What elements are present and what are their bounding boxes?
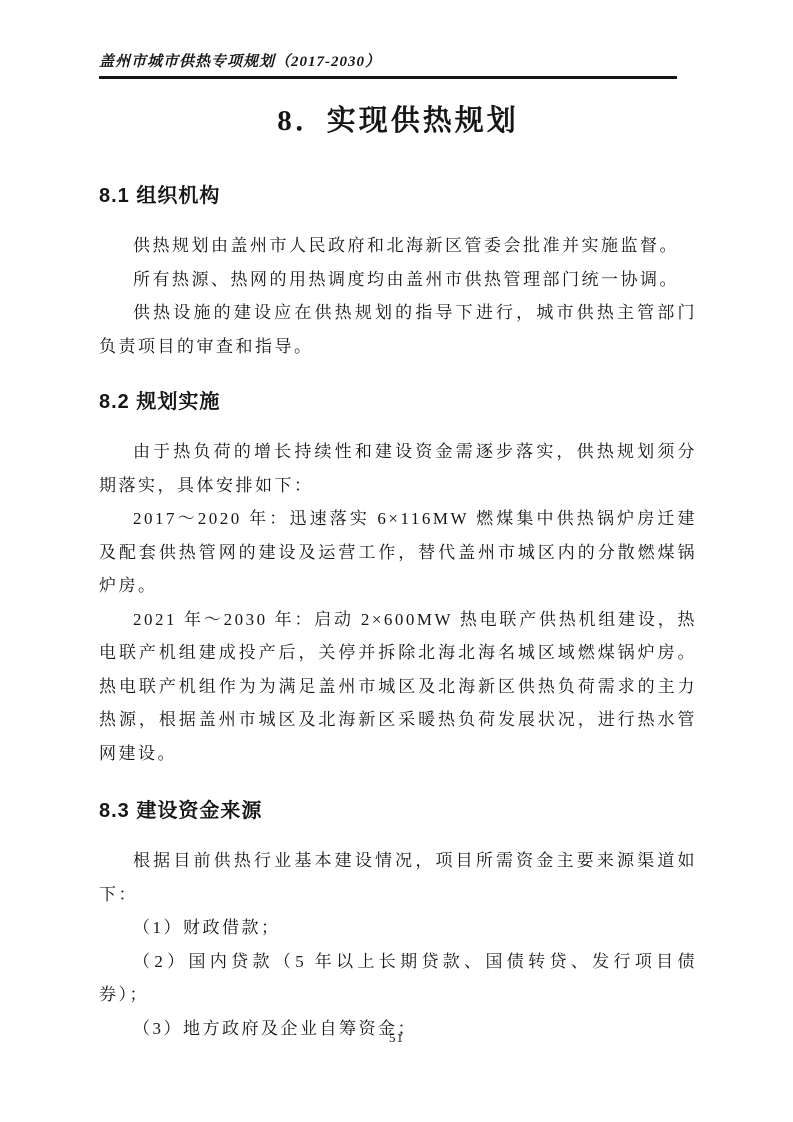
document-page: 盖州市城市供热专项规划（2017-2030） 8．实现供热规划 8.1 组织机构… [0,0,793,1122]
running-header-title: 盖州市城市供热专项规划（2017-2030） [99,52,697,72]
paragraph: 根据目前供热行业基本建设情况，项目所需资金主要来源渠道如下： [99,844,697,911]
header-rule-divider [99,76,677,79]
section-heading-8-1: 8.1 组织机构 [99,183,697,209]
section-heading-8-2: 8.2 规划实施 [99,389,697,415]
chapter-title: 8．实现供热规划 [99,101,697,141]
paragraph: 所有热源、热网的用热调度均由盖州市供热管理部门统一协调。 [99,263,697,297]
list-item-2: （2）国内贷款（5 年以上长期贷款、国债转贷、发行项目债券）； [99,945,697,1012]
paragraph: 由于热负荷的增长持续性和建设资金需逐步落实，供热规划须分期落实，具体安排如下： [99,435,697,502]
paragraph: 2017～2020 年：迅速落实 6×116MW 燃煤集中供热锅炉房迁建及配套供… [99,502,697,603]
paragraph: 供热设施的建设应在供热规划的指导下进行，城市供热主管部门负责项目的审查和指导。 [99,296,697,363]
paragraph: 2021 年～2030 年：启动 2×600MW 热电联产供热机组建设，热电联产… [99,603,697,771]
page-number: 51 [0,1030,793,1046]
paragraph: 供热规划由盖州市人民政府和北海新区管委会批准并实施监督。 [99,229,697,263]
page-content: 盖州市城市供热专项规划（2017-2030） 8．实现供热规划 8.1 组织机构… [99,0,697,1045]
section-heading-8-3: 8.3 建设资金来源 [99,798,697,824]
list-item-1: （1）财政借款； [99,911,697,945]
